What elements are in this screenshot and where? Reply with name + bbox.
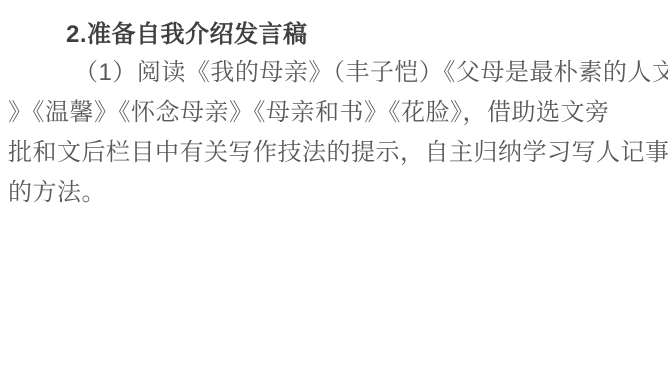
paragraph-line-3: 批和文后栏目中有关写作技法的提示，自主归纳学习写人记事 [8,133,668,173]
slide-title: 2.准备自我介绍发言稿 [66,21,308,49]
paragraph-line-1: （1）阅读《我的母亲》（丰子恺）《父母是最朴素的人文 [8,53,668,93]
slide-paragraph: （1）阅读《我的母亲》（丰子恺）《父母是最朴素的人文 》《温馨》《怀念母亲》《母… [8,53,668,213]
presentation-slide: 2.准备自我介绍发言稿 （1）阅读《我的母亲》（丰子恺）《父母是最朴素的人文 》… [0,0,668,376]
paragraph-line-4: 的方法。 [8,173,668,213]
paragraph-line-2: 》《温馨》《怀念母亲》《母亲和书》《花脸》，借助选文旁 [8,93,668,133]
